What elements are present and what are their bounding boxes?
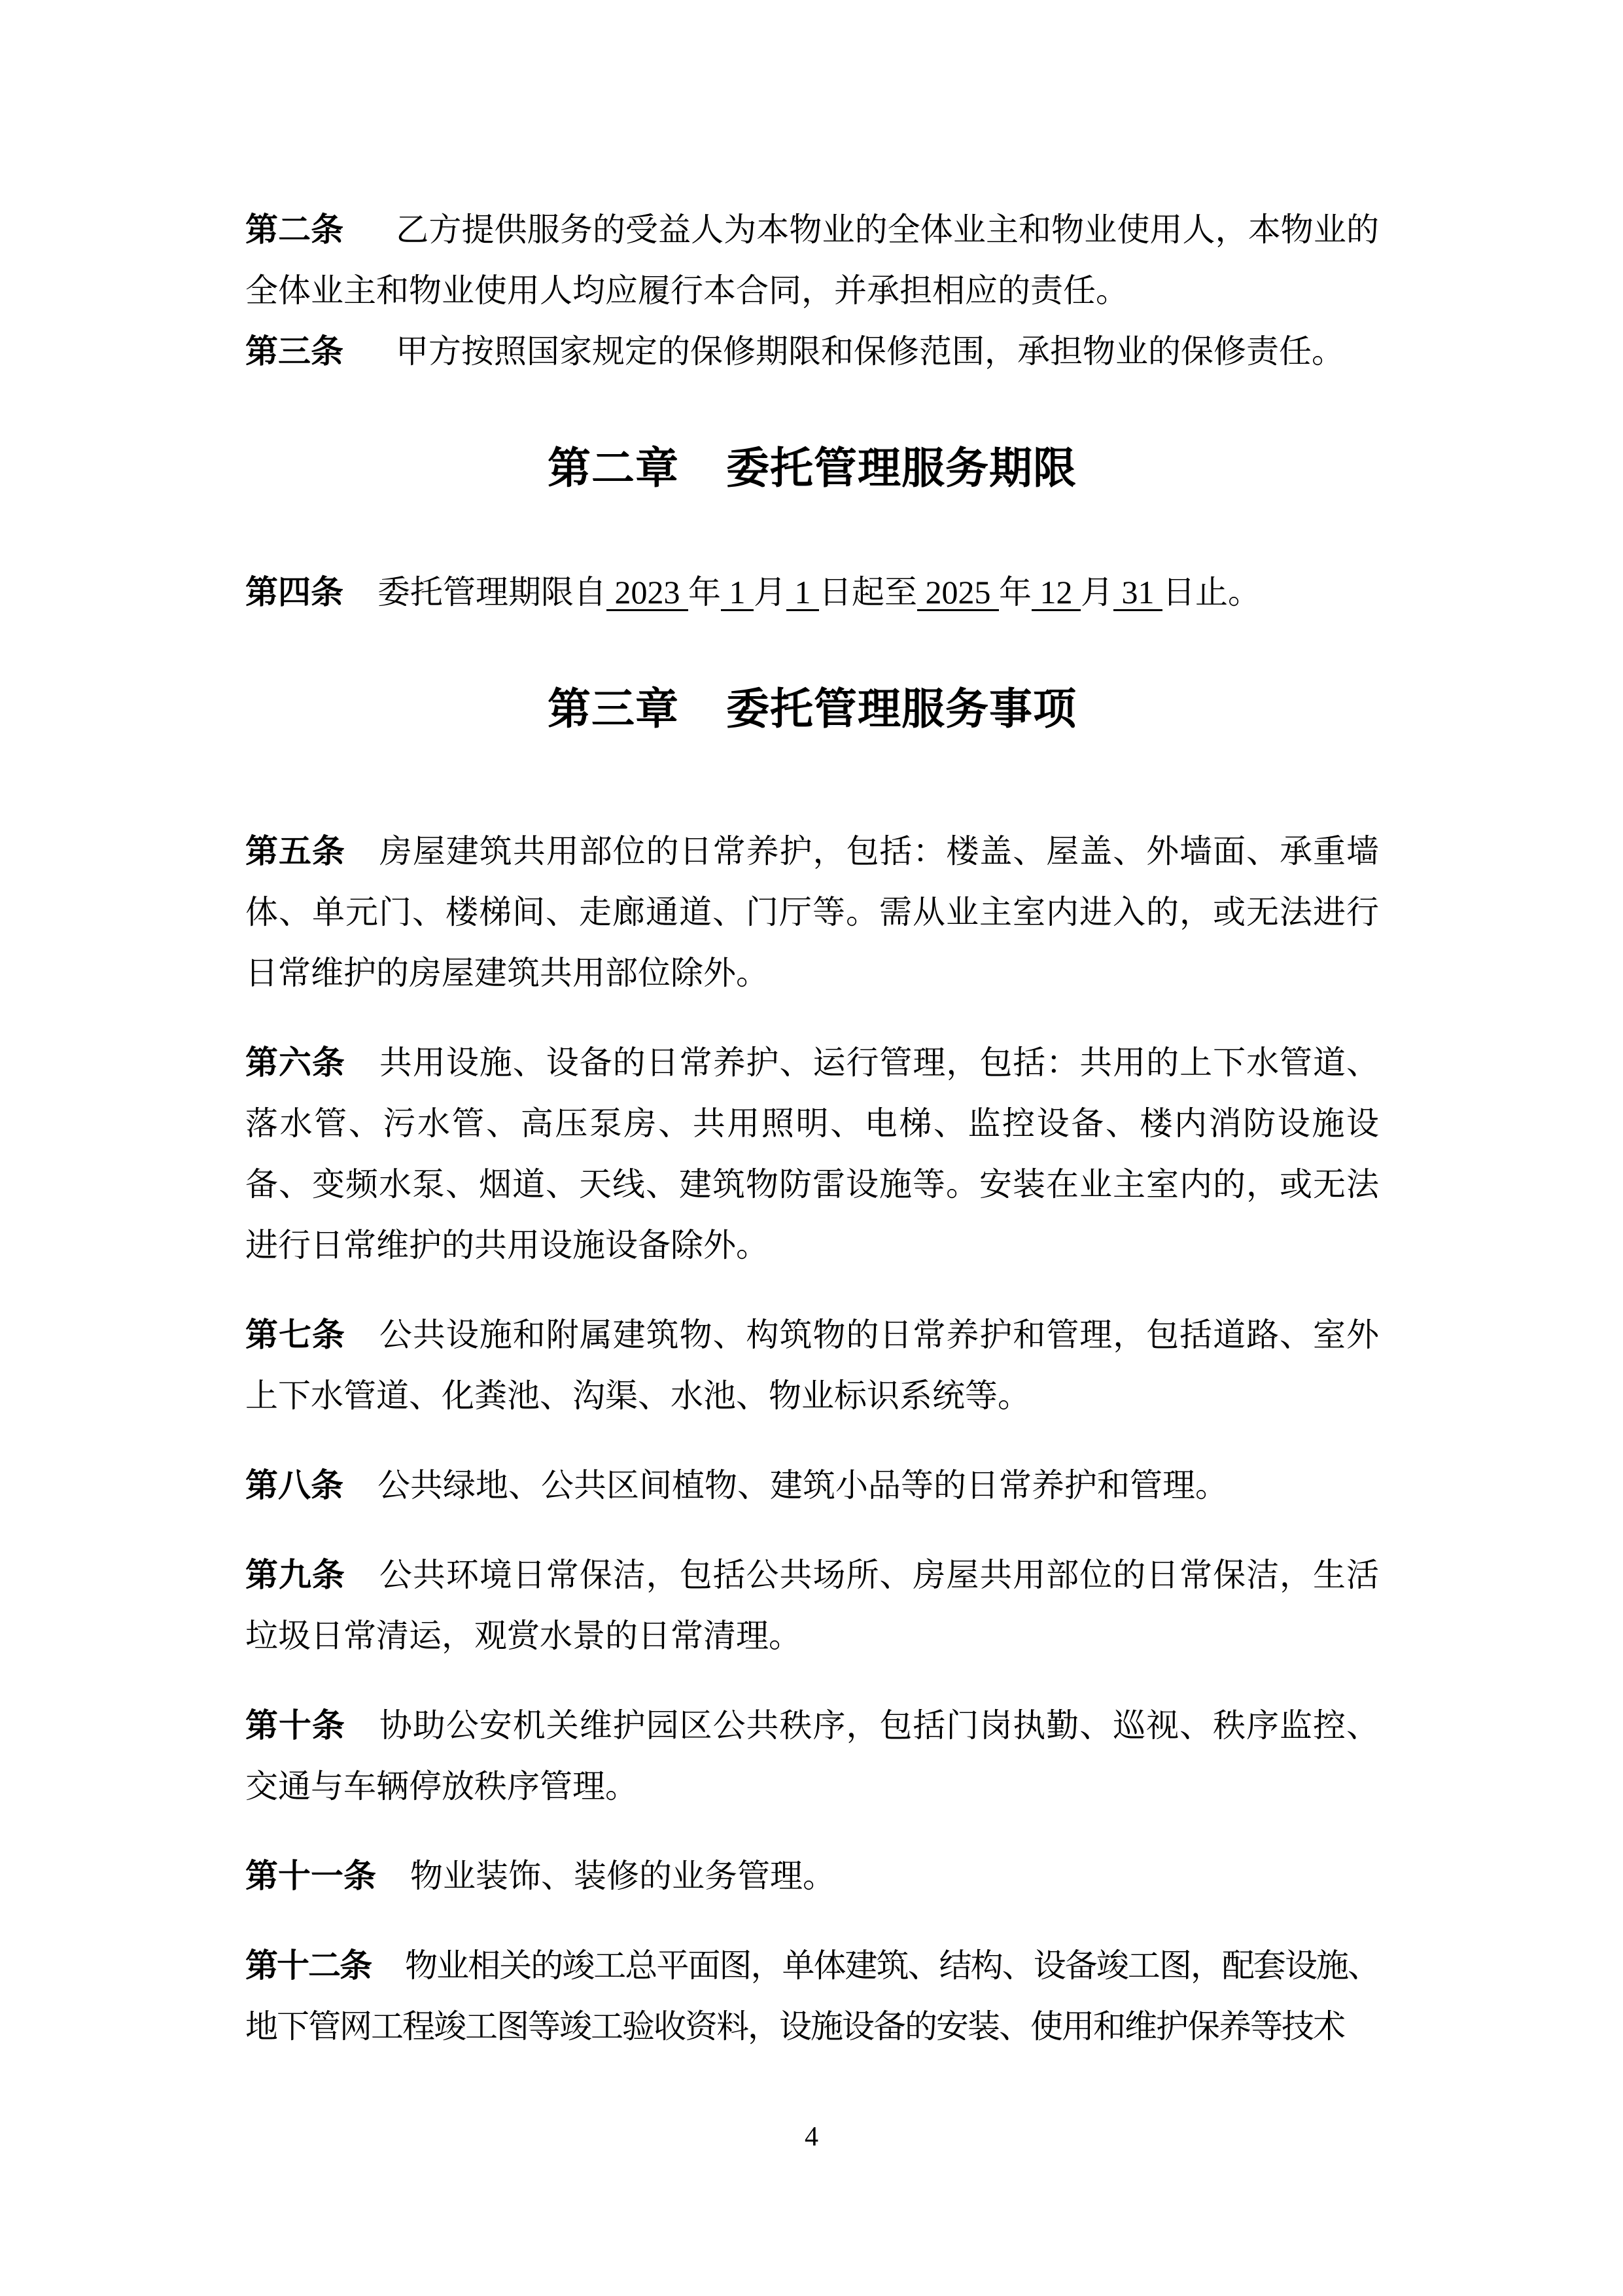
chapter-title: 委托管理服务事项: [726, 686, 1077, 733]
article-text-segment: 月: [1081, 574, 1113, 610]
article-text-segment: 日起至: [819, 574, 917, 610]
contract-article: 第五条房屋建筑共用部位的日常养护，包括：楼盖、屋盖、外墙面、承重墙体、单元门、楼…: [245, 821, 1379, 1004]
article-text-segment: 月: [754, 574, 786, 610]
article-text: 房屋建筑共用部位的日常养护，包括：楼盖、屋盖、外墙面、承重墙体、单元门、楼梯间、…: [245, 833, 1379, 991]
contract-article: 第九条公共环境日常保洁，包括公共场所、房屋共用部位的日常保洁，生活垃圾日常清运，…: [245, 1545, 1379, 1667]
chapter-number: 第二章: [548, 445, 679, 493]
contract-article: 第二条乙方提供服务的受益人为本物业的全体业主和物业使用人，本物业的全体业主和物业…: [245, 200, 1379, 321]
chapter-heading: 第三章委托管理服务事项: [245, 680, 1379, 739]
chapter-title: 委托管理服务期限: [726, 445, 1077, 493]
filled-blank: 1: [721, 574, 754, 610]
article-text: 协助公安机关维护园区公共秩序，包括门岗执勤、巡视、秩序监控、交通与车辆停放秩序管…: [245, 1707, 1379, 1805]
contract-article: 第八条公共绿地、公共区间植物、建筑小品等的日常养护和管理。: [245, 1455, 1379, 1516]
article-text: 共用设施、设备的日常养护、运行管理，包括：共用的上下水管道、落水管、污水管、高压…: [245, 1044, 1379, 1263]
contract-article: 第十二条物业相关的竣工总平面图，单体建筑、结构、设备竣工图，配套设施、地下管网工…: [245, 1935, 1379, 2057]
filled-blank: 1: [786, 574, 819, 610]
article-text: 公共设施和附属建筑物、构筑物的日常养护和管理，包括道路、室外上下水管道、化粪池、…: [245, 1316, 1379, 1414]
contract-article: 第十条协助公安机关维护园区公共秩序，包括门岗执勤、巡视、秩序监控、交通与车辆停放…: [245, 1695, 1379, 1817]
filled-blank: 2023: [606, 574, 688, 610]
contract-article: 第十一条物业装饰、装修的业务管理。: [245, 1846, 1379, 1907]
article-text-segment: 委托管理期限自: [377, 574, 606, 610]
article-text-segment: 年: [999, 574, 1032, 610]
contract-article: 第六条共用设施、设备的日常养护、运行管理，包括：共用的上下水管道、落水管、污水管…: [245, 1033, 1379, 1276]
article-label: 第九条: [245, 1557, 345, 1593]
article-text: 公共环境日常保洁，包括公共场所、房屋共用部位的日常保洁，生活垃圾日常清运，观赏水…: [245, 1557, 1379, 1654]
article-text: 物业装饰、装修的业务管理。: [410, 1858, 835, 1894]
chapter-number: 第三章: [548, 686, 679, 733]
chapter-heading: 第二章委托管理服务期限: [245, 440, 1379, 499]
page-number: 4: [0, 2122, 1623, 2152]
filled-blank: 12: [1032, 574, 1081, 610]
article-label: 第十条: [245, 1707, 345, 1744]
article-label: 第五条: [245, 833, 345, 870]
article-text-segment: 年: [688, 574, 721, 610]
article-text-segment: 日止。: [1162, 574, 1261, 610]
article-text: 物业相关的竣工总平面图，单体建筑、结构、设备竣工图，配套设施、地下管网工程竣工图…: [245, 1947, 1379, 2045]
article-label: 第七条: [245, 1316, 345, 1353]
contract-article: 第三条甲方按照国家规定的保修期限和保修范围，承担物业的保修责任。: [245, 321, 1379, 382]
article-label: 第二条: [245, 211, 343, 248]
article-text: 公共绿地、公共区间植物、建筑小品等的日常养护和管理。: [377, 1467, 1228, 1504]
contract-article: 第四条委托管理期限自 2023 年 1 月 1 日起至 2025 年 12 月 …: [245, 562, 1379, 623]
filled-blank: 31: [1113, 574, 1162, 610]
article-label: 第十二条: [245, 1947, 371, 1984]
article-text: 委托管理期限自 2023 年 1 月 1 日起至 2025 年 12 月 31 …: [377, 574, 1261, 610]
contract-article: 第七条公共设施和附属建筑物、构筑物的日常养护和管理，包括道路、室外上下水管道、化…: [245, 1305, 1379, 1426]
article-text: 乙方提供服务的受益人为本物业的全体业主和物业使用人，本物业的全体业主和物业使用人…: [245, 211, 1379, 309]
article-label: 第四条: [245, 574, 343, 610]
article-label: 第十一条: [245, 1858, 376, 1894]
article-label: 第三条: [245, 333, 343, 370]
document-page: 第二条乙方提供服务的受益人为本物业的全体业主和物业使用人，本物业的全体业主和物业…: [0, 0, 1623, 2296]
article-label: 第八条: [245, 1467, 343, 1504]
article-label: 第六条: [245, 1044, 345, 1081]
contract-body: 第二条乙方提供服务的受益人为本物业的全体业主和物业使用人，本物业的全体业主和物业…: [245, 0, 1379, 2057]
filled-blank: 2025: [917, 574, 999, 610]
article-text: 甲方按照国家规定的保修期限和保修范围，承担物业的保修责任。: [396, 333, 1344, 370]
